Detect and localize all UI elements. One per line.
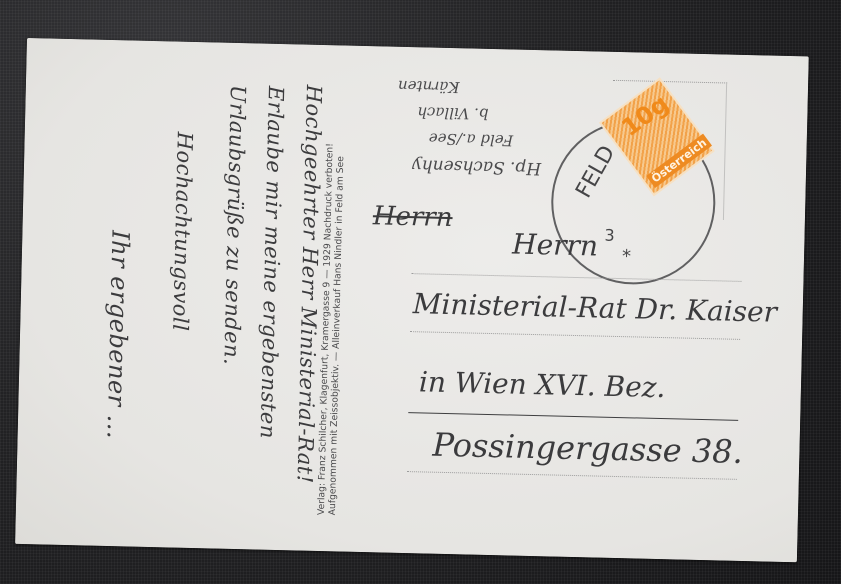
- salutation-crossed: Herrn: [373, 201, 453, 233]
- sender-place: Feld a./See: [429, 129, 514, 149]
- sender-region: Kärnten: [398, 77, 460, 96]
- address-guide-line-3: [408, 412, 738, 421]
- salutation: Herrn: [512, 227, 599, 262]
- postmark-date: 3: [604, 226, 615, 245]
- sender-name: Hp. Sachsenhy: [412, 155, 541, 178]
- address-guide-line-4: [407, 471, 737, 480]
- recipient-name: Ministerial-Rat Dr. Kaiser: [412, 287, 777, 329]
- message-line-3: Urlaubsgrüße zu senden.: [219, 85, 250, 366]
- recipient-city: in Wien XVI. Bez.: [419, 365, 666, 404]
- message-line-2: Erlaube mir meine ergebensten: [256, 86, 288, 440]
- postmark-town: FELD: [571, 142, 620, 203]
- postcard: Hochgeehrter Herr Ministerial-Rat! Erlau…: [15, 38, 809, 562]
- postmark-star-icon: *: [622, 246, 631, 267]
- sender-town: b. Villach: [417, 103, 489, 123]
- recipient-street: Possingergasse 38.: [432, 426, 743, 471]
- message-signature: Ihr ergebener ...: [102, 230, 135, 440]
- address-guide-line-2: [410, 331, 740, 340]
- message-closing: Hochachtungsvoll: [168, 131, 197, 331]
- address-guide-line-1: [412, 273, 742, 282]
